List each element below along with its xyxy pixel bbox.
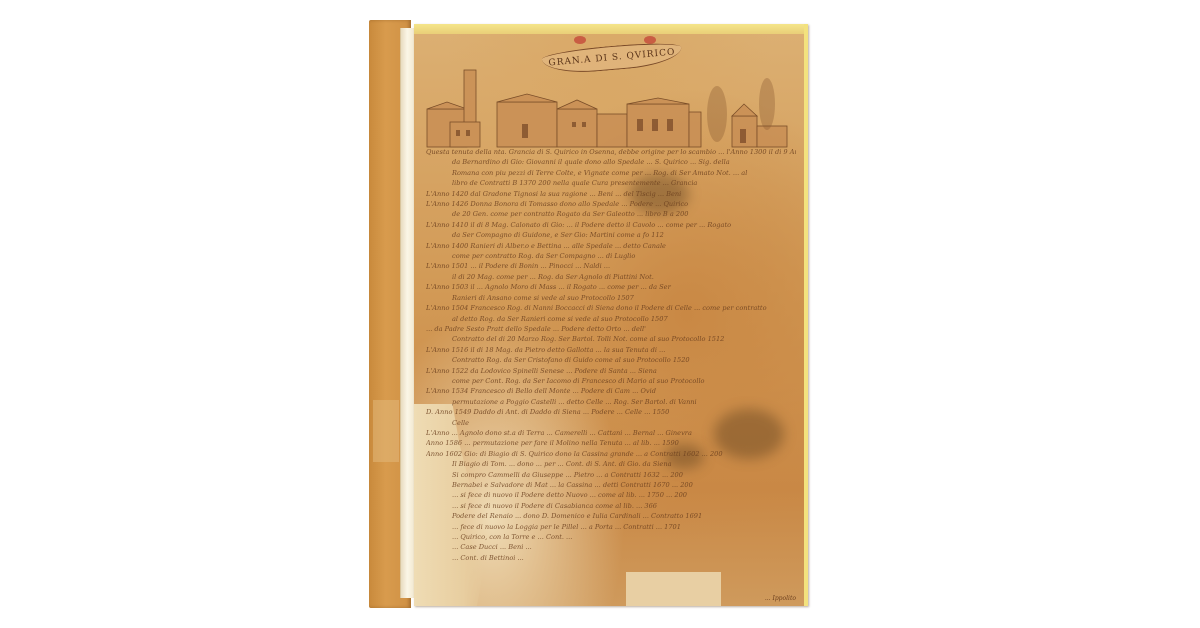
text-line: L'Anno 1400 Ranieri di Alber.o e Bettina… [426, 241, 796, 251]
text-line: Celle [426, 418, 796, 428]
text-line: ... si fece di nuovo il Podere di Casabi… [426, 501, 796, 511]
text-line: ... da Padre Sesto Pratt dello Spedale .… [426, 324, 796, 334]
text-line: ... si fece di nuovo il Podere detto Nuo… [426, 490, 796, 500]
text-line: libro de Contratti B 1370 200 nella qual… [426, 178, 796, 188]
text-line: Romana con piu pezzi di Terre Colte, e V… [426, 168, 796, 178]
page-top-edge [414, 24, 804, 34]
text-line: ... Cont. di Bettinoi ... [426, 553, 796, 563]
text-line: Si compro Cammelli da Giuseppe ... Pietr… [426, 470, 796, 480]
text-line: L'Anno 1534 Francesco di Bello dell Mont… [426, 386, 796, 396]
red-seal-icon [574, 36, 586, 44]
text-line: come per contratto Rog. da Ser Compagno … [426, 251, 796, 261]
text-line: L'Anno 1503 il ... Agnolo Moro di Mass .… [426, 282, 796, 292]
text-line: L'Anno ... Agnolo dono st.a di Terra ...… [426, 428, 796, 438]
text-line: permutazione a Poggio Castelli ... detto… [426, 397, 796, 407]
text-line: Questa tenuta della nta. Grancia di S. Q… [426, 147, 796, 157]
manuscript-scan: GRAN.A DI S. QVIRICO [369, 20, 811, 608]
text-line: L'Anno 1516 il di 18 Mag. da Pietro dett… [426, 345, 796, 355]
text-line: de 20 Gen. come per contratto Rogato da … [426, 209, 796, 219]
text-line: Ranieri di Ansano come si vede al suo Pr… [426, 293, 796, 303]
manuscript-text: Questa tenuta della nta. Grancia di S. Q… [426, 147, 796, 563]
text-line: Contratto Rog. da Ser Cristofano di Guid… [426, 355, 796, 365]
text-line: Contratto del di 20 Marzo Rog. Ser Barto… [426, 334, 796, 344]
repair-patch [626, 572, 721, 606]
text-line: Il Biagio di Tom. ... dono ... per ... C… [426, 459, 796, 469]
text-line: ... Case Ducci ... Beni ... [426, 542, 796, 552]
text-line: L'Anno 1504 Francesco Rog. di Nanni Bocc… [426, 303, 796, 313]
manuscript-page: GRAN.A DI S. QVIRICO [414, 24, 808, 606]
text-line: L'Anno 1522 da Lodovico Spinelli Senese … [426, 366, 796, 376]
text-line: Podere del Renaio ... dono D. Domenico e… [426, 511, 796, 521]
text-line: D. Anno 1549 Daddo di Ant. di Daddo di S… [426, 407, 796, 417]
text-line: Anno 1586 ... permutazione per fare il M… [426, 438, 796, 448]
text-line: al detto Rog. da Ser Ranieri come si ved… [426, 314, 796, 324]
text-line: Anno 1602 Gio: di Biagio di S. Quirico d… [426, 449, 796, 459]
text-line: L'Anno 1501 ... il Podere di Bonin ... P… [426, 261, 796, 271]
text-line: ... fece di nuovo la Loggia per le Pille… [426, 522, 796, 532]
signature: ... Ippolito [765, 595, 796, 602]
text-line: Bernabei e Salvadore di Mat ... la Cassi… [426, 480, 796, 490]
text-line: L'Anno 1426 Donna Bonora di Tomasso dono… [426, 199, 796, 209]
text-line: da Bernardino di Gio: Giovanni il quale … [426, 157, 796, 167]
text-line: L'Anno 1410 il di 8 Mag. Calonato di Gio… [426, 220, 796, 230]
text-line: ... Quirico, con la Torre e ... Cont. ..… [426, 532, 796, 542]
text-line: da Ser Compagno di Guidone, e Ser Gio: M… [426, 230, 796, 240]
text-line: il di 20 Mag. come per ... Rog. da Ser A… [426, 272, 796, 282]
text-line: come per Cont. Rog. da Ser Iacomo di Fra… [426, 376, 796, 386]
text-line: L'Anno 1420 dal Gradone Tignosi la sua r… [426, 189, 796, 199]
buildings-illustration [422, 64, 797, 150]
